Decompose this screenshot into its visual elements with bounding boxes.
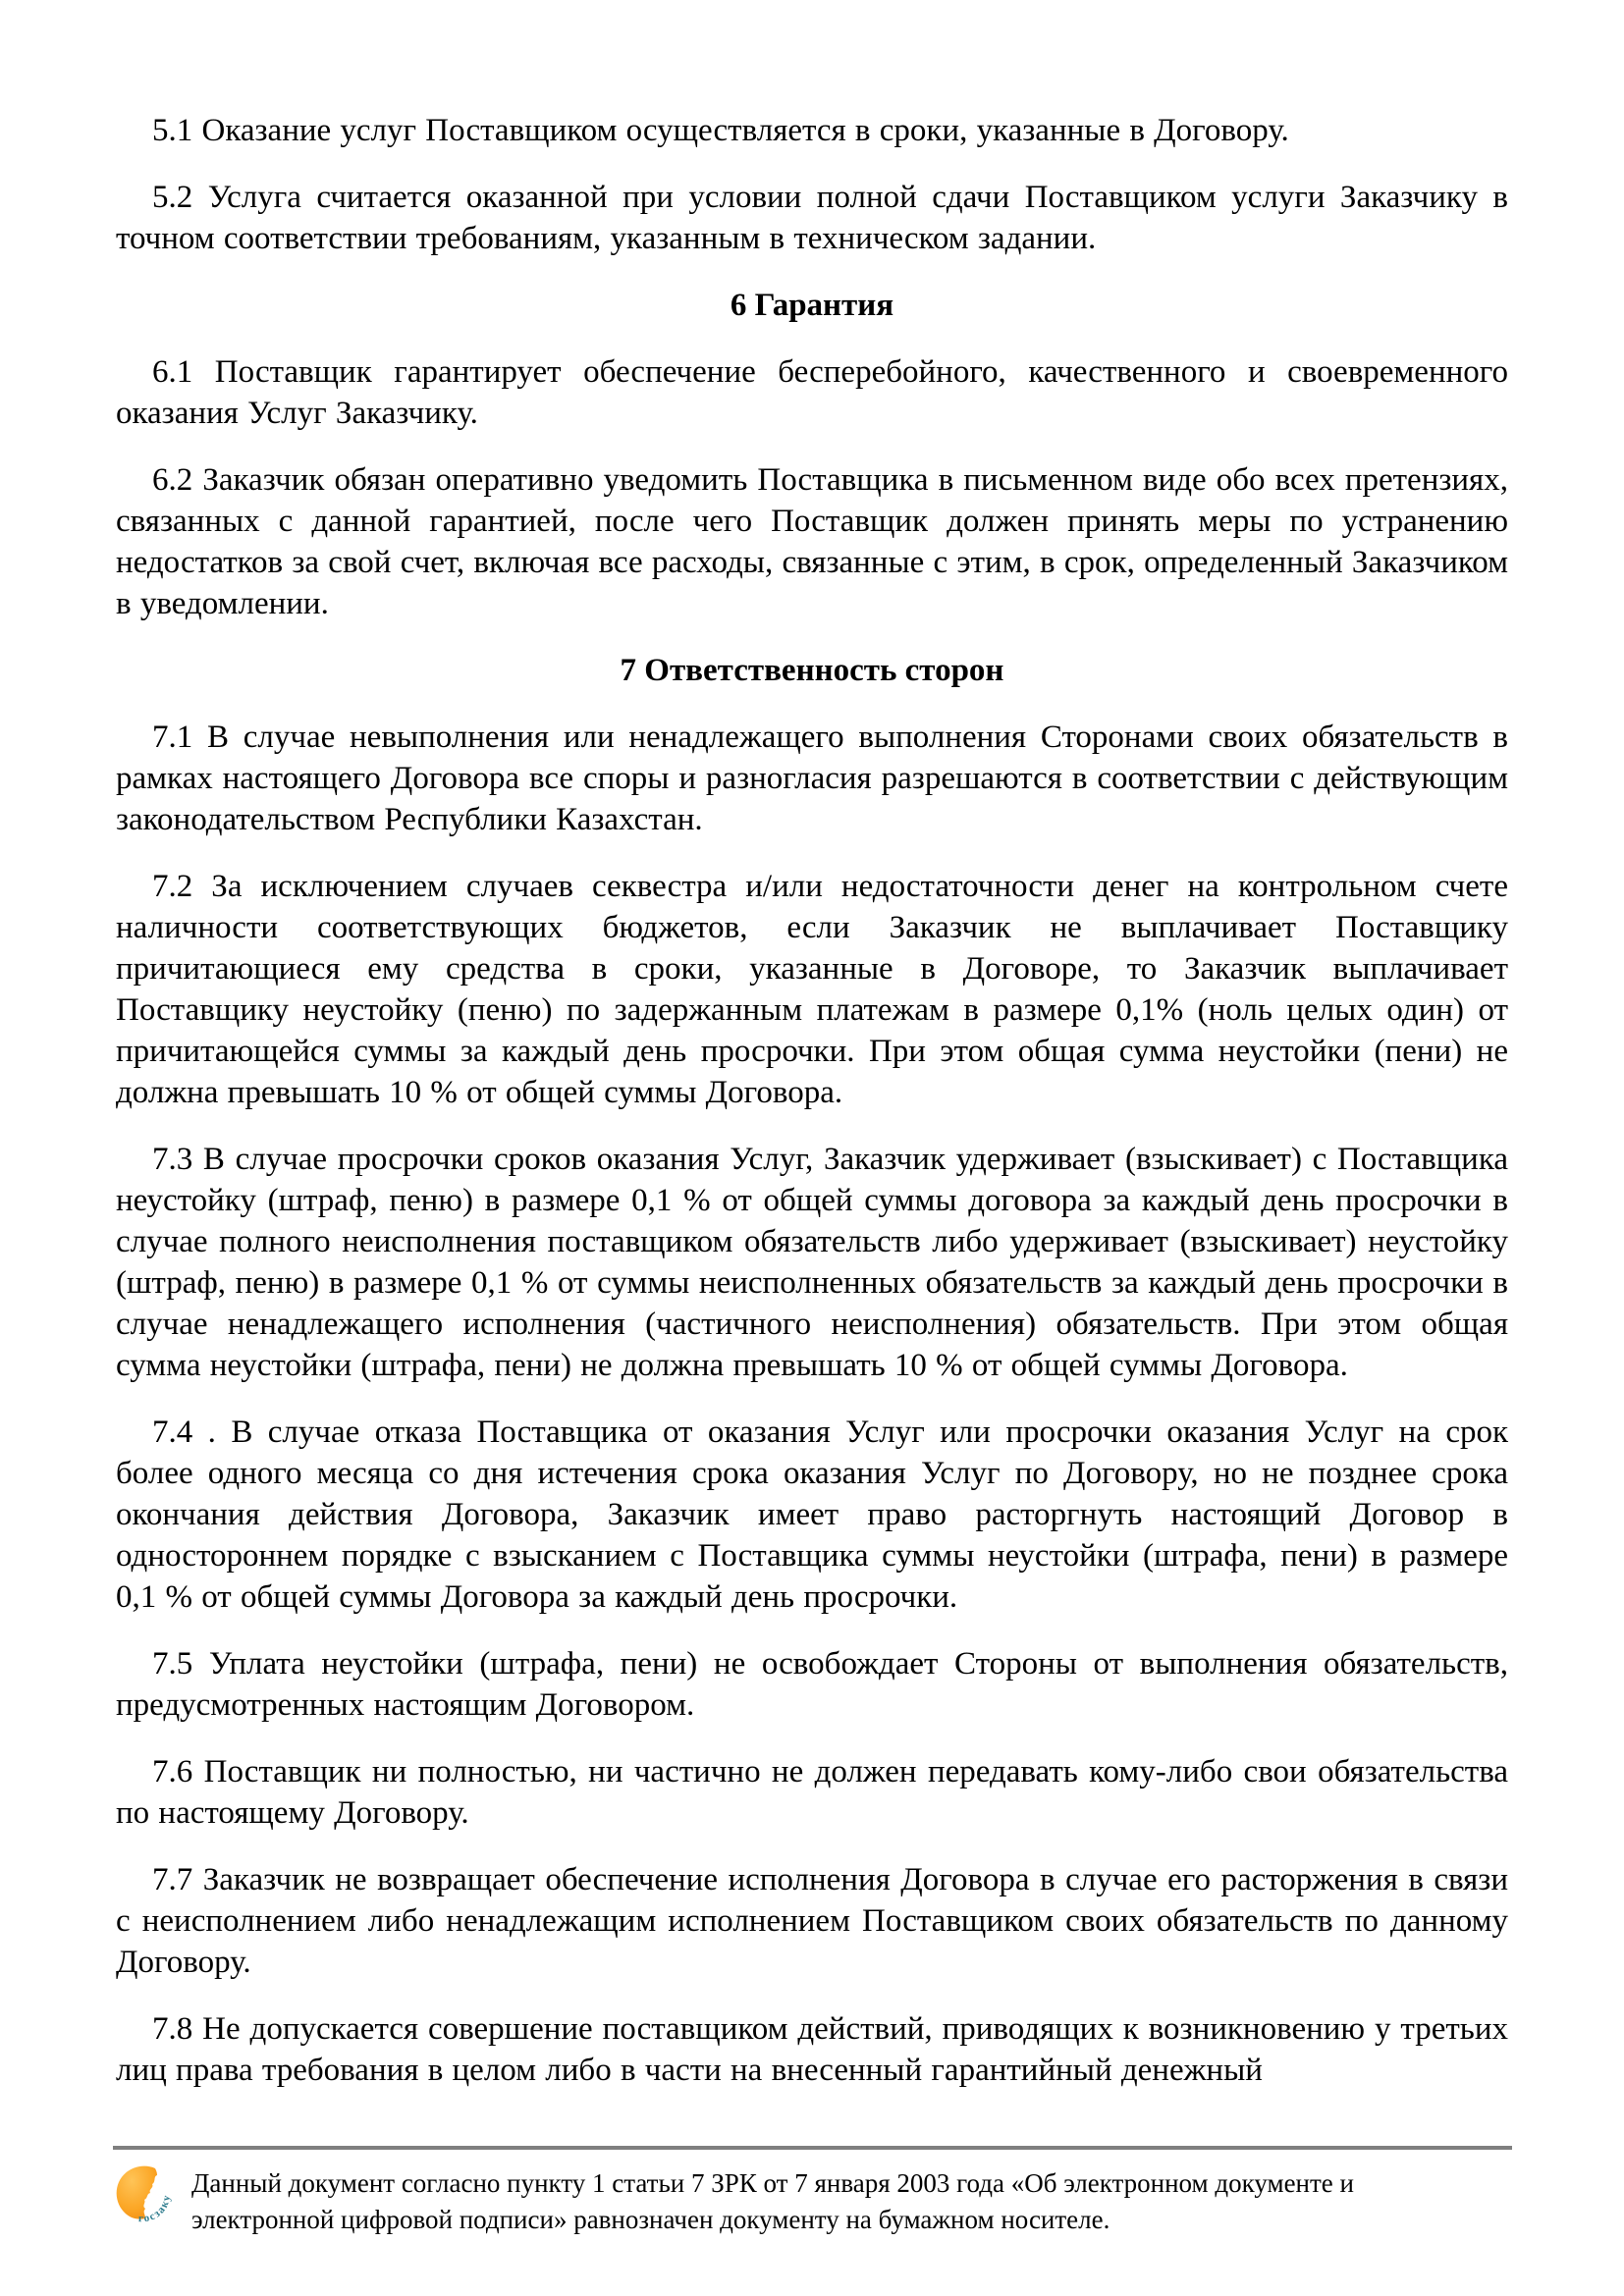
page-footer: госзакуп Данный документ согласно пункту… [113, 2146, 1512, 2296]
paragraph-5-1: 5.1 Оказание услуг Поставщиком осуществл… [116, 110, 1508, 151]
footer-note: Данный документ согласно пункту 1 статьи… [191, 2162, 1354, 2238]
document-body: 5.1 Оказание услуг Поставщиком осуществл… [116, 110, 1508, 2116]
paragraph-7-5: 7.5 Уплата неустойки (штрафа, пени) не о… [116, 1643, 1508, 1726]
footer-note-line-2: электронной цифровой подписи» равнозначе… [191, 2205, 1110, 2234]
document-page: 5.1 Оказание услуг Поставщиком осуществл… [0, 0, 1624, 2296]
paragraph-6-2: 6.2 Заказчик обязан оперативно уведомить… [116, 459, 1508, 624]
paragraph-7-6: 7.6 Поставщик ни полностью, ни частично … [116, 1751, 1508, 1834]
paragraph-7-7: 7.7 Заказчик не возвращает обеспечение и… [116, 1859, 1508, 1983]
footer-note-line-1: Данный документ согласно пункту 1 статьи… [191, 2168, 1354, 2198]
paragraph-5-2: 5.2 Услуга считается оказанной при услов… [116, 177, 1508, 259]
section-heading-7-liability: 7 Ответственность сторон [116, 650, 1508, 691]
paragraph-7-3: 7.3 В случае просрочки сроков оказания У… [116, 1139, 1508, 1386]
paragraph-7-8: 7.8 Не допускается совершение поставщико… [116, 2008, 1508, 2091]
paragraph-7-4: 7.4 . В случае отказа Поставщика от оказ… [116, 1412, 1508, 1618]
section-heading-6-guarantee: 6 Гарантия [116, 285, 1508, 326]
paragraph-7-1: 7.1 В случае невыполнения или ненадлежащ… [116, 717, 1508, 840]
e-document-stamp-icon: госзакуп [113, 2163, 176, 2226]
paragraph-7-2: 7.2 За исключением случаев секвестра и/и… [116, 866, 1508, 1113]
paragraph-6-1: 6.1 Поставщик гарантирует обеспечение бе… [116, 351, 1508, 434]
